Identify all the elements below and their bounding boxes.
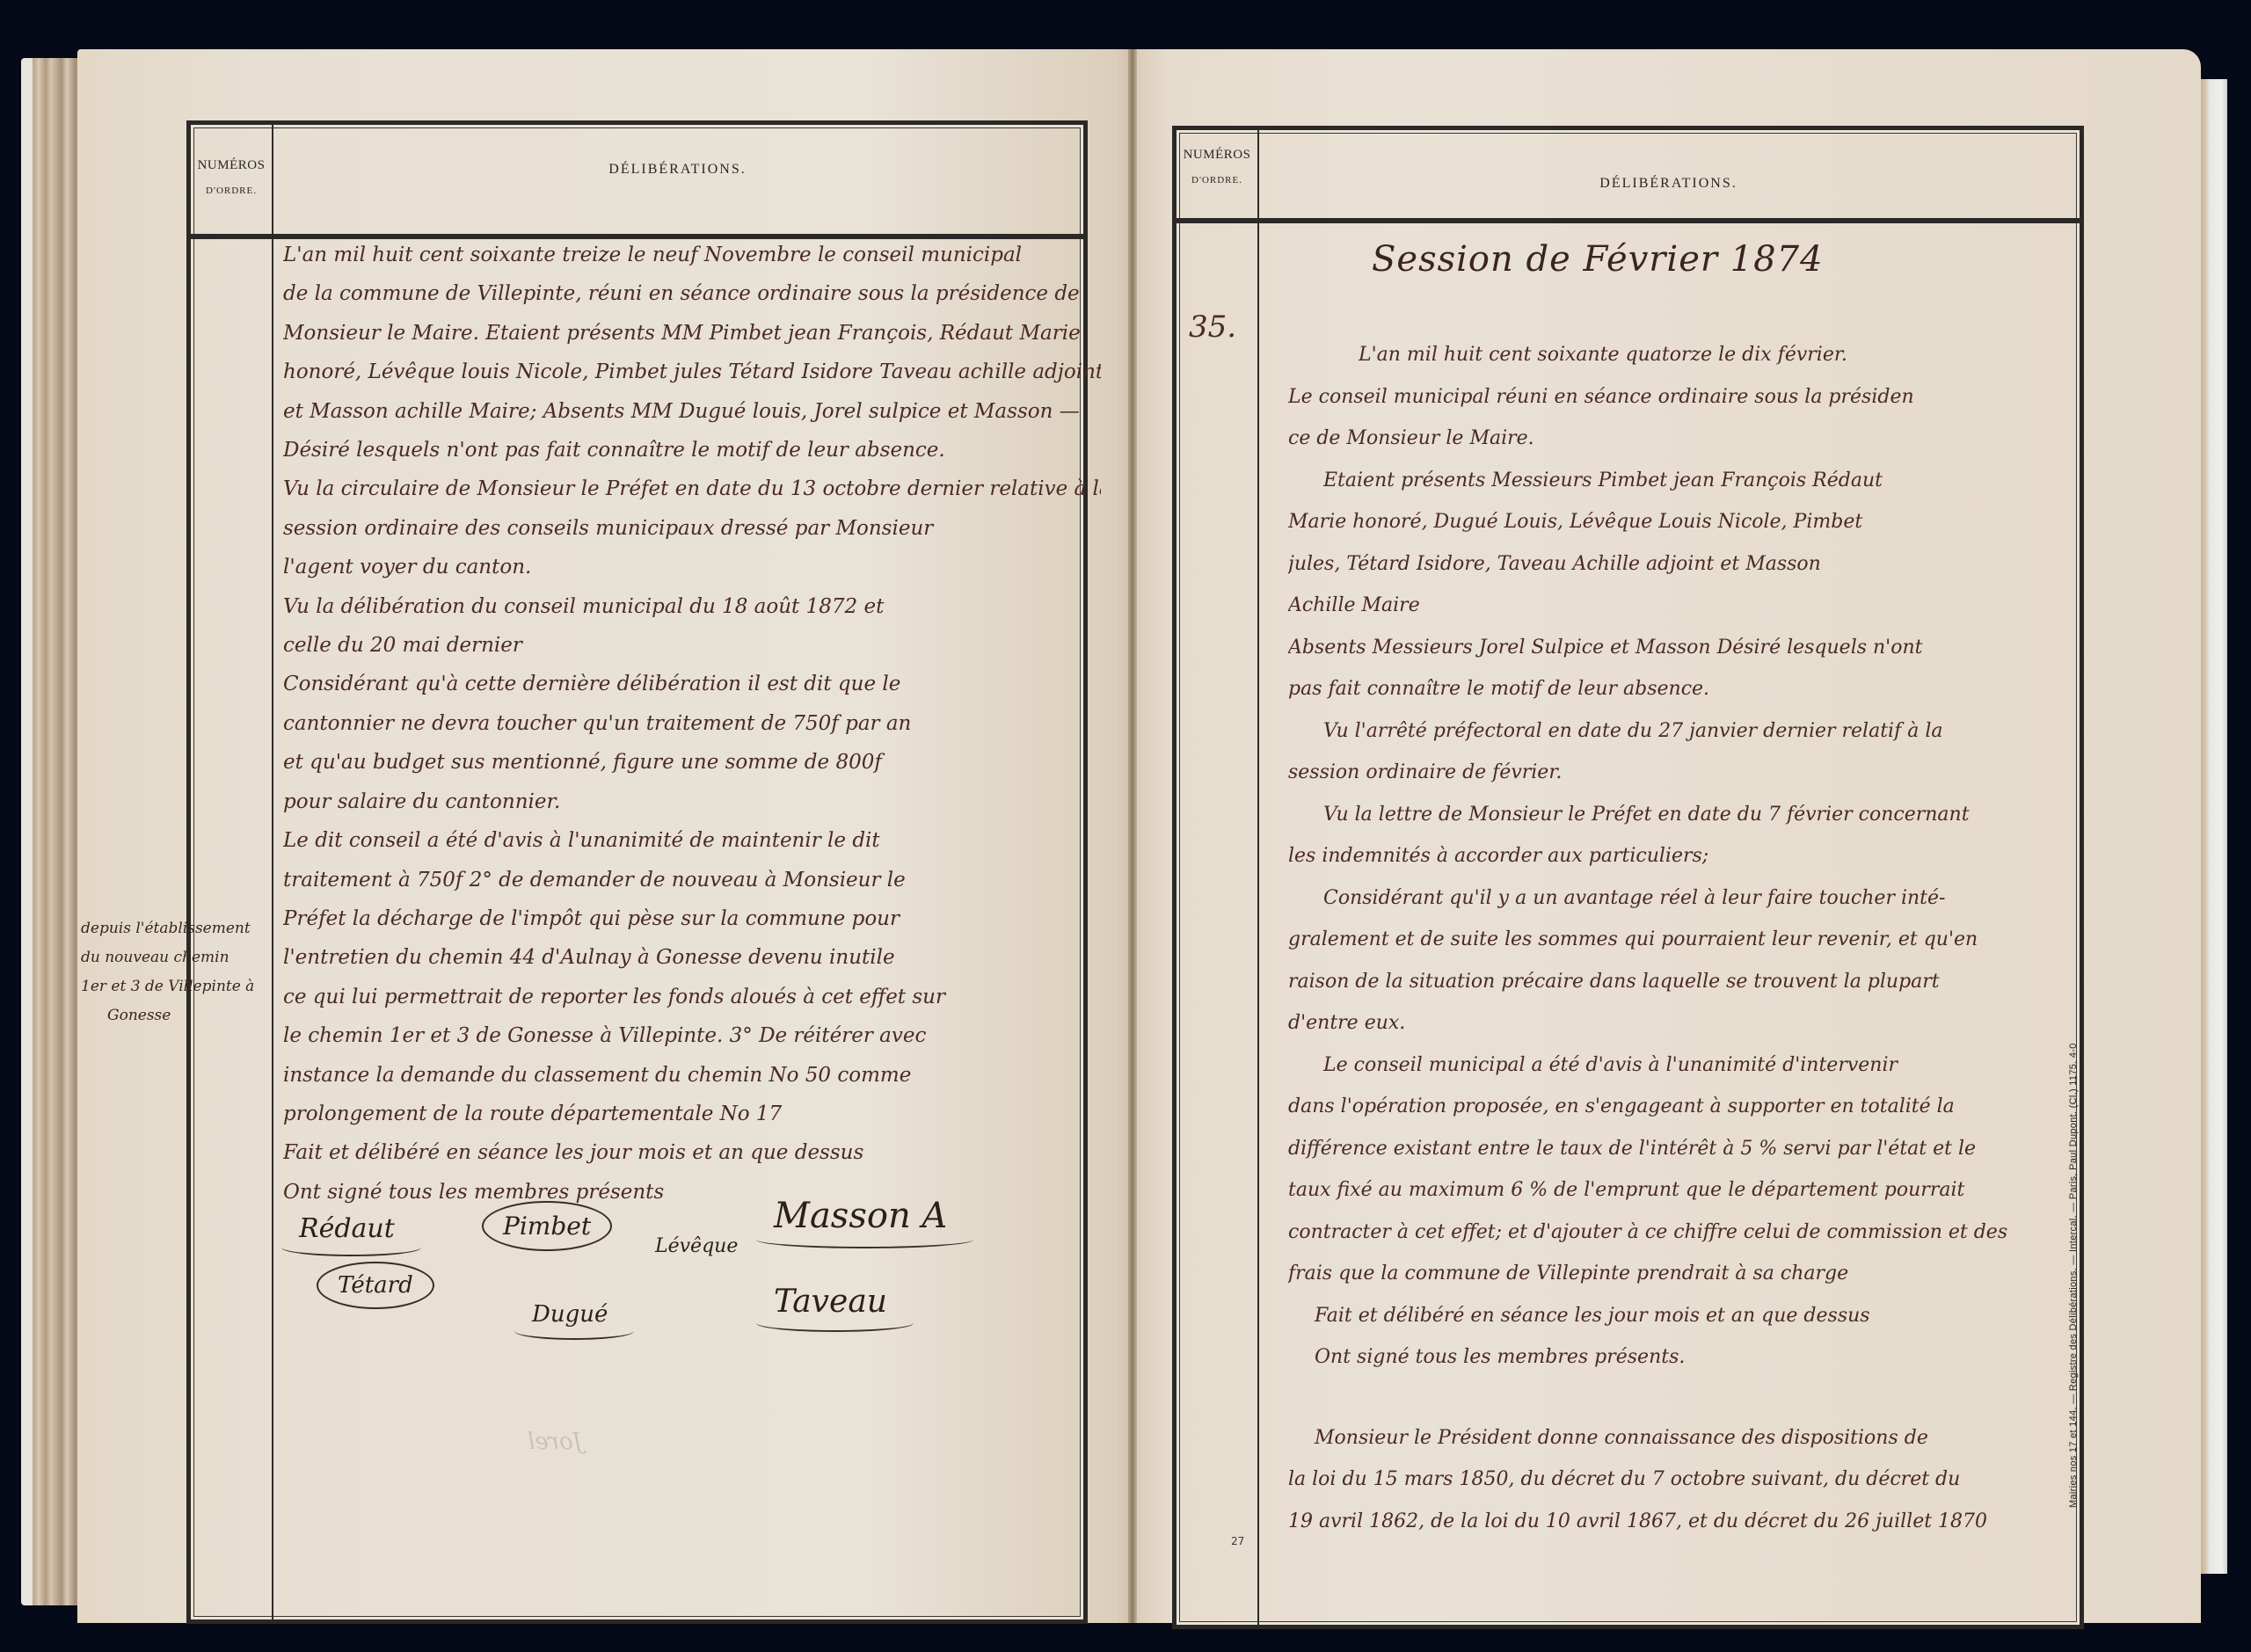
ordre-label: D'ORDRE. [191,186,272,196]
text-line: 19 avril 1862, de la loi du 10 avril 186… [1288,1501,2080,1543]
open-register-book: NUMÉROS D'ORDRE. DÉLIBÉRATIONS. NUMÉROS … [0,0,2251,1652]
numeros-label: NUMÉROS [191,158,272,173]
text-line: ce qui lui permettrait de reporter les f… [283,978,1101,1016]
book-gutter [1128,49,1137,1623]
text-line: Monsieur le Maire. Etaient présents MM P… [283,314,1101,353]
text-line: traitement à 750f 2° de demander de nouv… [283,861,1101,899]
deliberations-header: DÉLIBÉRATIONS. [272,162,1083,178]
numeros-header: NUMÉROS D'ORDRE. [191,158,272,196]
right-deliberation-text: L'an mil huit cent soixante quatorze le … [1288,334,2080,1542]
signature-tetard: Tétard [317,1262,434,1309]
margin-note-line: du nouveau chemin [81,943,274,972]
text-line: pour salaire du cantonnier. [283,782,1101,821]
text-line: Achille Maire [1288,585,2080,627]
text-line: L'an mil huit cent soixante treize le ne… [283,236,1101,274]
spacer [1288,1379,2080,1417]
page-stack-edges-left [21,58,83,1605]
text-line: et Masson achille Maire; Absents MM Dugu… [283,392,1101,431]
text-line: Fait et délibéré en séance les jour mois… [283,1133,1101,1172]
entry-number: 35. [1189,309,1236,345]
margin-annotation: depuis l'établissement du nouveau chemin… [81,914,274,1030]
text-line: pas fait connaître le motif de leur abse… [1288,668,2080,710]
text-line: Le conseil municipal réuni en séance ord… [1288,376,2080,418]
text-line: dans l'opération proposée, en s'engagean… [1288,1086,2080,1128]
text-line: de la commune de Villepinte, réuni en sé… [283,274,1101,313]
numeros-header: NUMÉROS D'ORDRE. [1176,148,1257,186]
margin-note-line: Gonesse [81,1001,274,1030]
text-line: Le dit conseil a été d'avis à l'unanimit… [283,821,1101,860]
text-line: Absents Messieurs Jorel Sulpice et Masso… [1288,627,2080,669]
text-line: Marie honoré, Dugué Louis, Lévêque Louis… [1288,501,2080,543]
text-line: Monsieur le Président donne connaissance… [1288,1417,2080,1459]
text-line: Etaient présents Messieurs Pimbet jean F… [1288,460,2080,502]
column-divider [1257,130,1259,1625]
left-deliberation-text: L'an mil huit cent soixante treize le ne… [283,236,1101,1212]
text-line: différence existant entre le taux de l'i… [1288,1128,2080,1170]
numeros-label: NUMÉROS [1176,148,1257,163]
text-line: Préfet la décharge de l'impôt qui pèse s… [283,899,1101,938]
column-divider [272,125,273,1619]
header-rule [1176,218,2080,223]
signature-dugue: Dugué [532,1301,608,1328]
ghost-ink-impression: Jorel [528,1429,582,1455]
text-line: Le conseil municipal a été d'avis à l'un… [1288,1044,2080,1087]
text-line: ce de Monsieur le Maire. [1288,418,2080,460]
page-stack-edges-right [2201,79,2227,1574]
text-line: celle du 20 mai dernier [283,626,1101,665]
text-line: taux fixé au maximum 6 % de l'emprunt qu… [1288,1169,2080,1212]
text-line: instance la demande du classement du che… [283,1056,1101,1095]
signature-leveque: Lévêque [655,1235,738,1257]
session-title: Session de Février 1874 [1372,239,1824,280]
text-line: raison de la situation précaire dans laq… [1288,961,2080,1003]
text-line: L'an mil huit cent soixante quatorze le … [1288,334,2080,376]
text-line: Vu l'arrêté préfectoral en date du 27 ja… [1288,710,2080,753]
text-line: le chemin 1er et 3 de Gonesse à Villepin… [283,1016,1101,1055]
signature-taveau: Taveau [774,1284,887,1320]
text-line: Désiré lesquels n'ont pas fait connaître… [283,431,1101,469]
signature-redaut: Rédaut [299,1213,395,1244]
text-line: d'entre eux. [1288,1002,2080,1044]
text-line: Vu la lettre de Monsieur le Préfet en da… [1288,794,2080,836]
text-line: Vu la circulaire de Monsieur le Préfet e… [283,469,1101,508]
text-line: Vu la délibération du conseil municipal … [283,587,1101,626]
text-line: l'agent voyer du canton. [283,548,1101,586]
text-line: et qu'au budget sus mentionné, figure un… [283,743,1101,782]
text-line: Fait et délibéré en séance les jour mois… [1288,1295,2080,1337]
margin-note-line: depuis l'établissement [81,914,274,943]
text-line: session ordinaire de février. [1288,752,2080,794]
text-line: honoré, Lévêque louis Nicole, Pimbet jul… [283,353,1101,391]
text-line: les indemnités à accorder aux particulie… [1288,835,2080,877]
text-line: jules, Tétard Isidore, Taveau Achille ad… [1288,543,2080,586]
text-line: frais que la commune de Villepinte prend… [1288,1253,2080,1295]
text-line: l'entretien du chemin 44 d'Aulnay à Gone… [283,938,1101,977]
text-line: contracter à cet effet; et d'ajouter à c… [1288,1212,2080,1254]
text-line: Ont signé tous les membres présents [283,1173,1101,1212]
text-line: session ordinaire des conseils municipau… [283,509,1101,548]
text-line: cantonnier ne devra toucher qu'un traite… [283,704,1101,743]
text-line: prolongement de la route départementale … [283,1095,1101,1133]
printer-imprint: Mairies nos 17 et 144. — Registre des Dé… [2068,1043,2079,1508]
ordre-label: D'ORDRE. [1176,175,1257,186]
signature-masson: Masson A [774,1196,947,1236]
deliberations-header: DÉLIBÉRATIONS. [1257,176,2080,192]
text-line: Considérant qu'il y a un avantage réel à… [1288,877,2080,920]
margin-note-line: 1er et 3 de Villepinte à [81,972,274,1001]
text-line: la loi du 15 mars 1850, du décret du 7 o… [1288,1459,2080,1501]
text-line: Ont signé tous les membres présents. [1288,1336,2080,1379]
signature-pimbet: Pimbet [482,1201,612,1251]
page-number: 27 [1231,1535,1244,1547]
text-line: gralement et de suite les sommes qui pou… [1288,919,2080,961]
text-line: Considérant qu'à cette dernière délibéra… [283,665,1101,703]
